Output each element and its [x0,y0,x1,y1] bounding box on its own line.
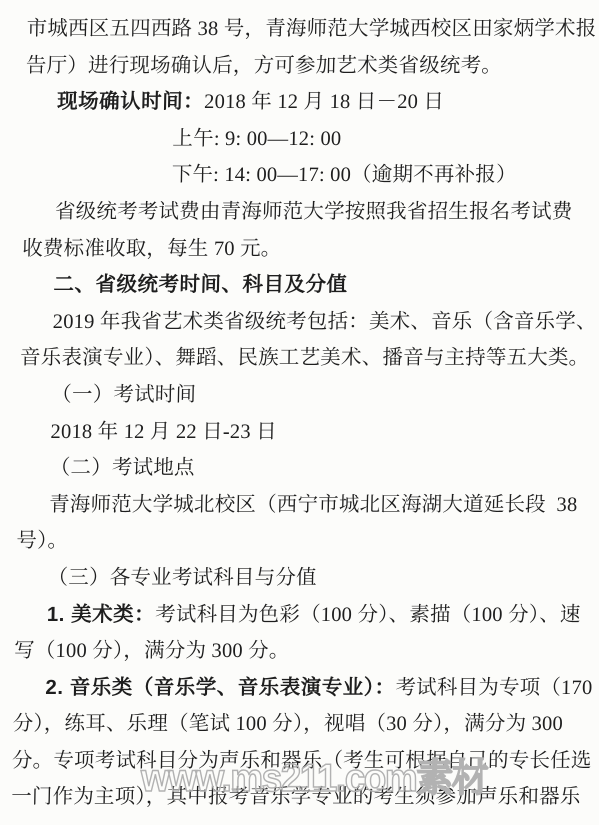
line-text: 考试科目为专项（170 [395,677,592,699]
line-text: 市城西区五四西路 38 号，青海师范大学城西校区田家炳学术报 [26,18,596,40]
heading-text: 二、省级统考时间、科目及分值 [53,273,347,296]
line-text: 下午: 14: 00—17: 00（逾期不再补报） [171,164,516,186]
line-text: 写（100 分），满分为 300 分。 [14,640,290,662]
text-line-art-category: 1. 美术类：考试科目为色彩（100 分）、素描（100 分）、速 [15,597,572,634]
line-text: 2019 年我省艺术类省级统考包括：美术、音乐（含音乐学、 [53,311,597,333]
text-line: 音乐表演专业）、舞蹈、民族工艺美术、播音与主持等五大类。 [20,340,577,377]
section-heading: 二、省级统考时间、科目及分值 [21,267,578,304]
line-text: 上午: 9: 00—12: 00 [172,128,341,150]
document-page: 市城西区五四西路 38 号，青海师范大学城西校区田家炳学术报 告厅）进行现场确认… [0,0,599,825]
subsection-heading: （三）各专业考试科目与分值 [15,560,572,597]
text-line: 告厅）进行现场确认后，方可参加艺术类省级统考。 [26,48,583,85]
text-line: 写（100 分），满分为 300 分。 [14,633,571,670]
line-text: 分），练耳、乐理（笔试 100 分），视唱（30 分），满分为 300 [12,713,563,735]
document-body: 市城西区五四西路 38 号，青海师范大学城西校区田家炳学术报 告厅）进行现场确认… [11,11,583,816]
text-line-music-category: 2. 音乐类（音乐学、音乐表演专业）：考试科目为专项（170 [13,670,570,707]
text-line: 分），练耳、乐理（笔试 100 分），视唱（30 分），满分为 300 [12,706,569,743]
line-text: 2018 年 12 月 18 日－20 日 [204,91,444,113]
text-line: 号）。 [16,523,573,560]
text-line: 收费标准收取，每生 70 元。 [22,231,579,268]
line-text: 告厅）进行现场确认后，方可参加艺术类省级统考。 [26,55,503,77]
line-text: （三）各专业考试科目与分值 [47,567,317,589]
bold-label: 1. 美术类： [47,603,156,626]
text-line-afternoon: 下午: 14: 00—17: 00（逾期不再补报） [171,157,580,194]
text-line-exam-date: 2018 年 12 月 22 日-23 日 [18,414,575,451]
line-text: 2018 年 12 月 22 日-23 日 [50,421,277,443]
bold-label: 现场确认时间： [57,90,204,113]
line-text: 省级统考考试费由青海师范大学按照我省招生报名考试费 [55,201,573,223]
text-line: 2019 年我省艺术类省级统考包括：美术、音乐（含音乐学、 [20,304,577,341]
line-text: （二）考试地点 [50,457,195,479]
subsection-heading: （一）考试时间 [19,377,576,414]
line-text: （一）考试时间 [51,384,196,406]
text-line: 青海师范大学城北校区（西宁市城北区海湖大道延长段 38 [17,487,574,524]
text-line-morning: 上午: 9: 00—12: 00 [172,121,581,158]
watermark-text: www.ms211.com素材 [141,746,487,803]
text-line-confirm-time: 现场确认时间：2018 年 12 月 18 日－20 日 [25,84,582,121]
subsection-heading: （二）考试地点 [17,450,574,487]
line-text: 收费标准收取，每生 70 元。 [22,238,282,260]
text-line: 省级统考考试费由青海师范大学按照我省招生报名考试费 [23,194,580,231]
line-text: 号）。 [16,530,68,552]
line-text: 青海师范大学城北校区（西宁市城北区海湖大道延长段 38 [49,494,578,516]
line-text: 考试科目为色彩（100 分）、素描（100 分）、速 [155,604,581,626]
bold-label: 2. 音乐类（音乐学、音乐表演专业）： [45,676,396,699]
text-line: 市城西区五四西路 38 号，青海师范大学城西校区田家炳学术报 [26,11,583,48]
line-text: 音乐表演专业）、舞蹈、民族工艺美术、播音与主持等五大类。 [20,347,590,369]
